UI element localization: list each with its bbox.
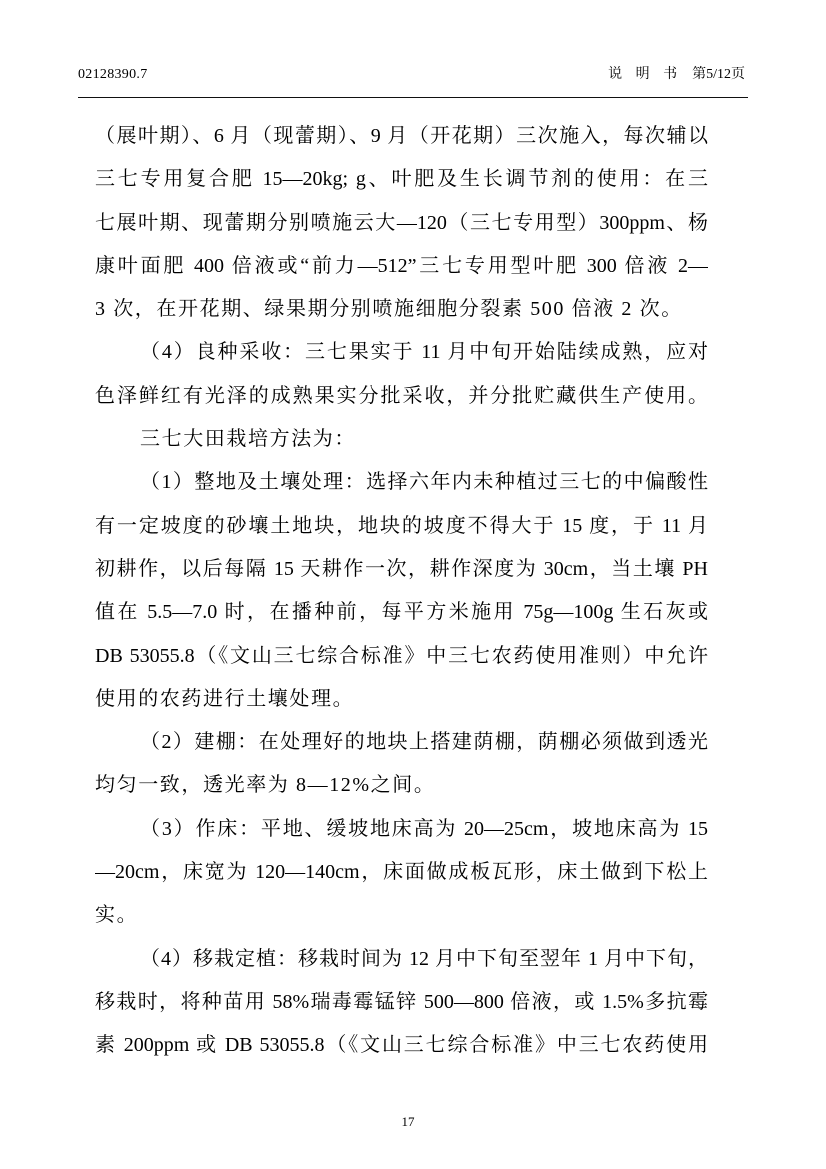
- text-line: 3 次，在开花期、绿果期分别喷施细胞分裂素 500 倍液 2 次。: [95, 288, 708, 331]
- text-line: 色泽鲜红有光泽的成熟果实分批采收，并分批贮藏供生产使用。: [95, 375, 708, 418]
- page-header: 02128390.7 说 明 书第5/12页: [78, 66, 745, 84]
- text-line: 移栽时，将种苗用 58%瑞毒霉锰锌 500—800 倍液，或 1.5%多抗霉: [95, 981, 708, 1024]
- paragraph: 三七大田栽培方法为：: [95, 418, 708, 461]
- text-line: 均匀一致，透光率为 8—12%之间。: [95, 764, 708, 807]
- section-intro-line: 三七大田栽培方法为：: [95, 418, 708, 461]
- text-line: 康叶面肥 400 倍液或“前力—512”三七专用型叶肥 300 倍液 2—: [95, 245, 708, 288]
- page-number: 17: [388, 1113, 428, 1131]
- paragraph: （3）作床：平地、缓坡地床高为 20—25cm，坡地床高为 15 —20cm，床…: [95, 808, 708, 938]
- text-line: —20cm，床宽为 120—140cm，床面做成板瓦形，床土做到下松上: [95, 851, 708, 894]
- document-body: （展叶期）、6 月（现蕾期）、9 月（开花期）三次施入，每次辅以 三七专用复合肥…: [95, 115, 708, 1068]
- text-line: （4）移栽定植：移栽时间为 12 月中下旬至翌年 1 月中下旬，: [95, 938, 708, 981]
- paragraph: （2）建棚：在处理好的地块上搭建荫棚，荫棚必须做到透光 均匀一致，透光率为 8—…: [95, 721, 708, 808]
- text-line: 值在 5.5—7.0 时，在播种前，每平方米施用 75g—100g 生石灰或: [95, 591, 708, 634]
- paragraph: （4）移栽定植：移栽时间为 12 月中下旬至翌年 1 月中下旬， 移栽时，将种苗…: [95, 938, 708, 1068]
- application-number: 02128390.7: [78, 66, 148, 84]
- text-line: 七展叶期、现蕾期分别喷施云大—120（三七专用型）300ppm、杨: [95, 202, 708, 245]
- text-line: 素 200ppm 或 DB 53055.8（《文山三七综合标准》中三七农药使用: [95, 1024, 708, 1067]
- text-line: 三七专用复合肥 15—20kg; g、叶肥及生长调节剂的使用：在三: [95, 158, 708, 201]
- header-right: 说 明 书第5/12页: [608, 66, 745, 84]
- text-line: DB 53055.8（《文山三七综合标准》中三七农药使用准则）中允许: [95, 635, 708, 678]
- text-line: （3）作床：平地、缓坡地床高为 20—25cm，坡地床高为 15: [95, 808, 708, 851]
- text-line: （展叶期）、6 月（现蕾期）、9 月（开花期）三次施入，每次辅以: [95, 115, 708, 158]
- paragraph: （展叶期）、6 月（现蕾期）、9 月（开花期）三次施入，每次辅以 三七专用复合肥…: [95, 115, 708, 331]
- text-line: （1）整地及土壤处理：选择六年内未种植过三七的中偏酸性: [95, 461, 708, 504]
- paragraph: （1）整地及土壤处理：选择六年内未种植过三七的中偏酸性 有一定坡度的砂壤土地块，…: [95, 461, 708, 721]
- text-line: 使用的农药进行土壤处理。: [95, 678, 708, 721]
- text-line: （2）建棚：在处理好的地块上搭建荫棚，荫棚必须做到透光: [95, 721, 708, 764]
- document-type-label: 说 明 书: [608, 67, 682, 82]
- text-line: 有一定坡度的砂壤土地块，地块的坡度不得大于 15 度，于 11 月: [95, 505, 708, 548]
- text-line: （4）良种采收：三七果实于 11 月中旬开始陆续成熟，应对: [95, 331, 708, 374]
- text-line: 初耕作，以后每隔 15 天耕作一次，耕作深度为 30cm，当土壤 PH: [95, 548, 708, 591]
- paragraph: （4）良种采收：三七果实于 11 月中旬开始陆续成熟，应对 色泽鲜红有光泽的成熟…: [95, 331, 708, 418]
- text-line: 实。: [95, 894, 708, 937]
- header-divider: [78, 97, 748, 98]
- page-info: 第5/12页: [692, 67, 745, 82]
